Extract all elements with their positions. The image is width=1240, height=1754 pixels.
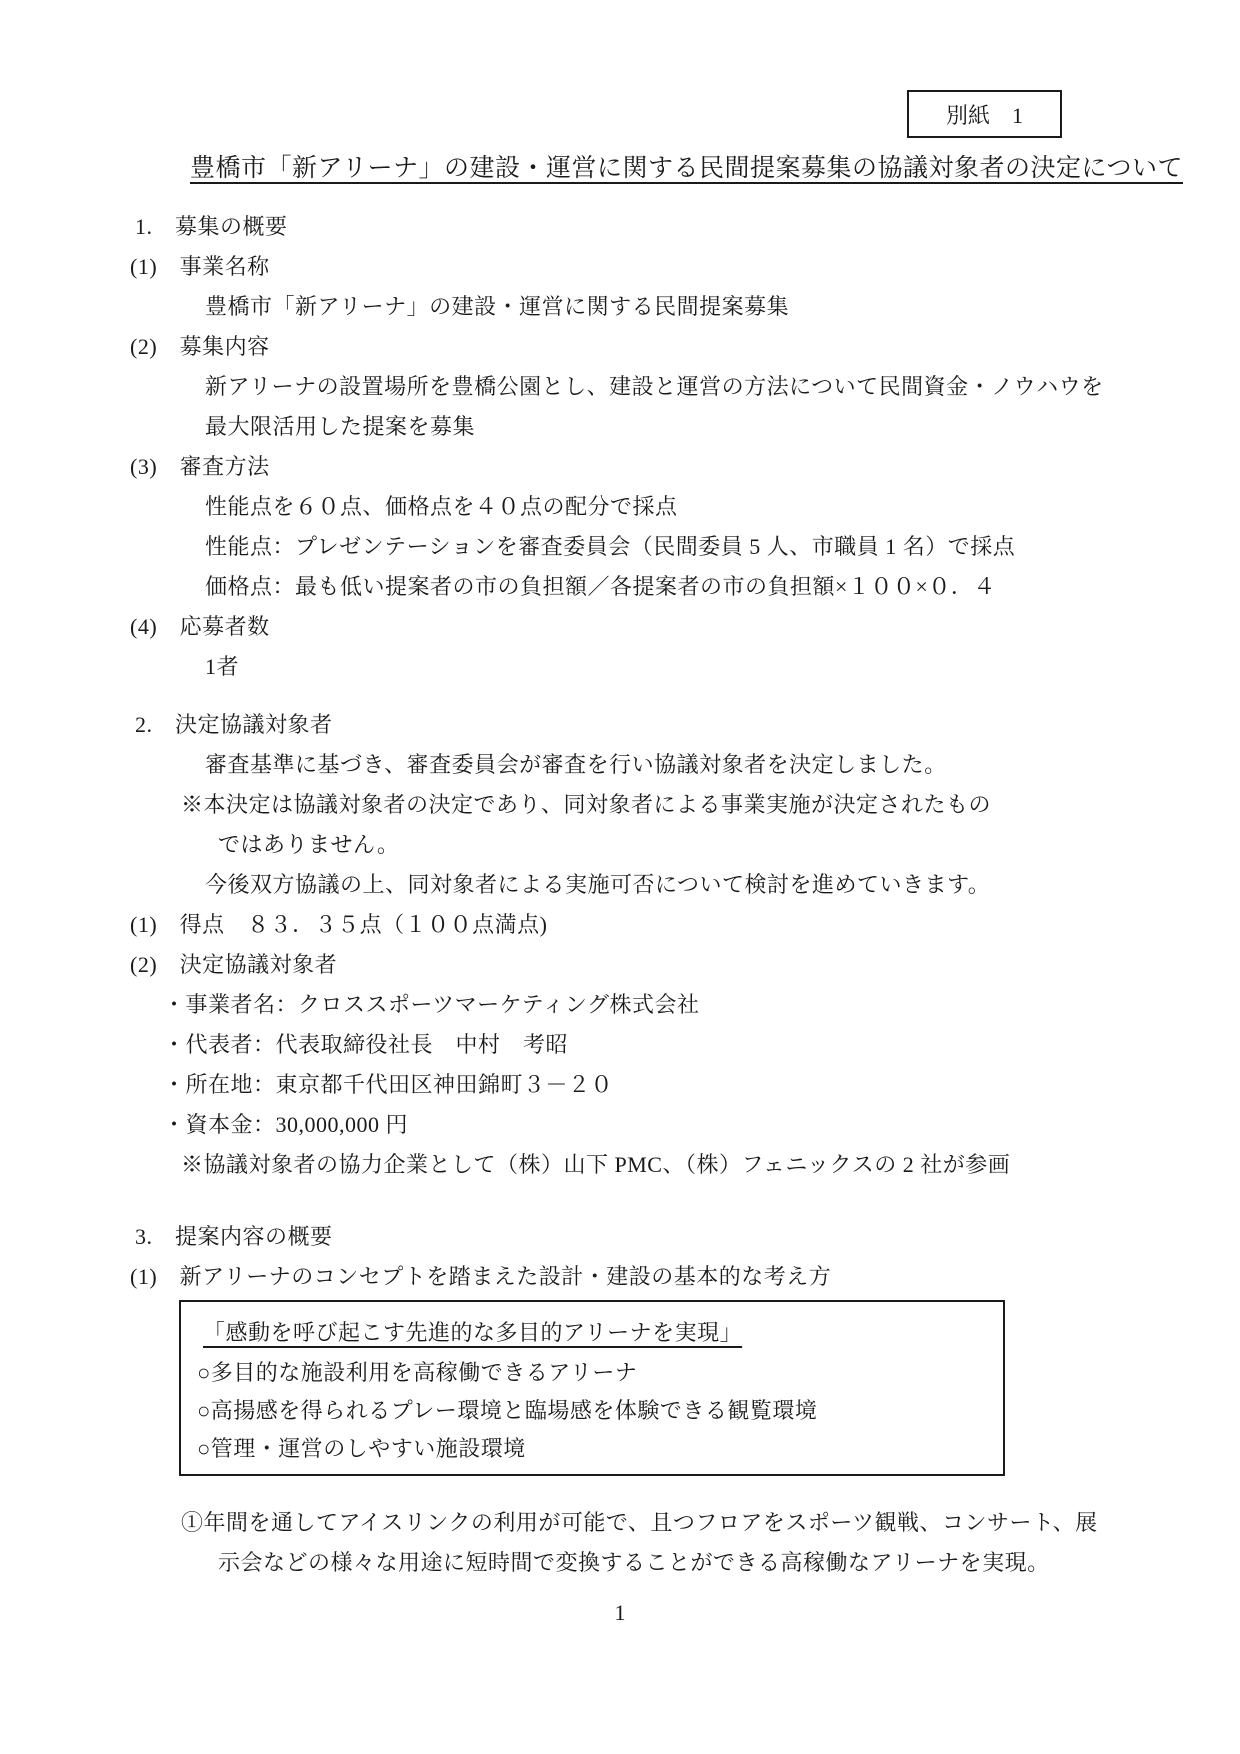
- section3-para1-line1: ①年間を通してアイスリンクの利用が可能で、且つフロアをスポーツ観戦、コンサート、…: [181, 1508, 1098, 1538]
- section1-item4-body: 1者: [205, 652, 239, 682]
- section1-item3-body2: 性能点：プレゼンテーションを審査委員会（民間委員 5 人、市職員 1 名）で採点: [205, 532, 1015, 562]
- section2-note2: ※協議対象者の協力企業として（株）山下 PMC、（株）フェニックスの 2 社が参…: [181, 1150, 1010, 1180]
- section2-bullet-representative: ・代表者：代表取締役社長 中村 考昭: [163, 1030, 568, 1060]
- attachment-label: 別紙 1: [946, 99, 1023, 130]
- concept-box-title: 「感動を呼び起こす先進的な多目的アリーナを実現」: [203, 1318, 742, 1348]
- section1-item1-body: 豊橋市「新アリーナ」の建設・運営に関する民間提案募集: [205, 292, 789, 322]
- section2-note1-line1: ※本決定は協議対象者の決定であり、同対象者による事業実施が決定されたもの: [181, 790, 991, 820]
- document-title: 豊橋市「新アリーナ」の建設・運営に関する民間提案募集の協議対象者の決定について: [190, 148, 1183, 184]
- section2-heading: 2. 決定協議対象者: [135, 710, 333, 740]
- section2-body2: 今後双方協議の上、同対象者による実施可否について検討を進めていきます。: [205, 870, 990, 900]
- section1-item3-body3: 価格点：最も低い提案者の市の負担額／各提案者の市の負担額×１００×０．４: [205, 572, 996, 602]
- section2-body1: 審査基準に基づき、審査委員会が審査を行い協議対象者を決定しました。: [205, 750, 947, 780]
- section2-item1-heading: (1) 得点 ８３．３５点（１００点満点): [130, 910, 547, 940]
- section2-note1-line2: ではありません。: [218, 830, 399, 860]
- section1-item3-body1: 性能点を６０点、価格点を４０点の配分で採点: [205, 492, 678, 522]
- concept-box-point3: ○管理・運営のしやすい施設環境: [197, 1434, 526, 1464]
- concept-box-point2: ○高揚感を得られるプレー環境と臨場感を体験できる観覧環境: [197, 1396, 817, 1426]
- section1-item2-body2: 最大限活用した提案を募集: [205, 412, 475, 442]
- section2-item2-heading: (2) 決定協議対象者: [130, 950, 337, 980]
- attachment-label-box: 別紙 1: [907, 90, 1062, 138]
- section1-item2-body1: 新アリーナの設置場所を豊橋公園とし、建設と運営の方法について民間資金・ノウハウを: [205, 372, 1104, 402]
- section1-item1-heading: (1) 事業名称: [130, 252, 270, 282]
- section3-heading: 3. 提案内容の概要: [135, 1222, 333, 1252]
- section1-item4-heading: (4) 応募者数: [130, 612, 270, 642]
- section2-bullet-address: ・所在地：東京都千代田区神田錦町３－２０: [163, 1070, 613, 1100]
- section3-para1-line2: 示会などの様々な用途に短時間で変換することができる高稼働なアリーナを実現。: [218, 1548, 1050, 1578]
- section3-item1-heading: (1) 新アリーナのコンセプトを踏まえた設計・建設の基本的な考え方: [130, 1262, 831, 1292]
- section2-bullet-capital: ・資本金：30,000,000 円: [163, 1110, 408, 1140]
- document-page: 別紙 1 豊橋市「新アリーナ」の建設・運営に関する民間提案募集の協議対象者の決定…: [0, 0, 1240, 1754]
- page-number: 1: [0, 1600, 1240, 1626]
- concept-box: 「感動を呼び起こす先進的な多目的アリーナを実現」 ○多目的な施設利用を高稼働でき…: [179, 1300, 1005, 1476]
- section1-heading: 1. 募集の概要: [135, 212, 288, 242]
- section1-item3-heading: (3) 審査方法: [130, 452, 270, 482]
- section2-bullet-company: ・事業者名：クロススポーツマーケティング株式会社: [163, 990, 699, 1020]
- section1-item2-heading: (2) 募集内容: [130, 332, 270, 362]
- concept-box-point1: ○多目的な施設利用を高稼働できるアリーナ: [197, 1358, 637, 1388]
